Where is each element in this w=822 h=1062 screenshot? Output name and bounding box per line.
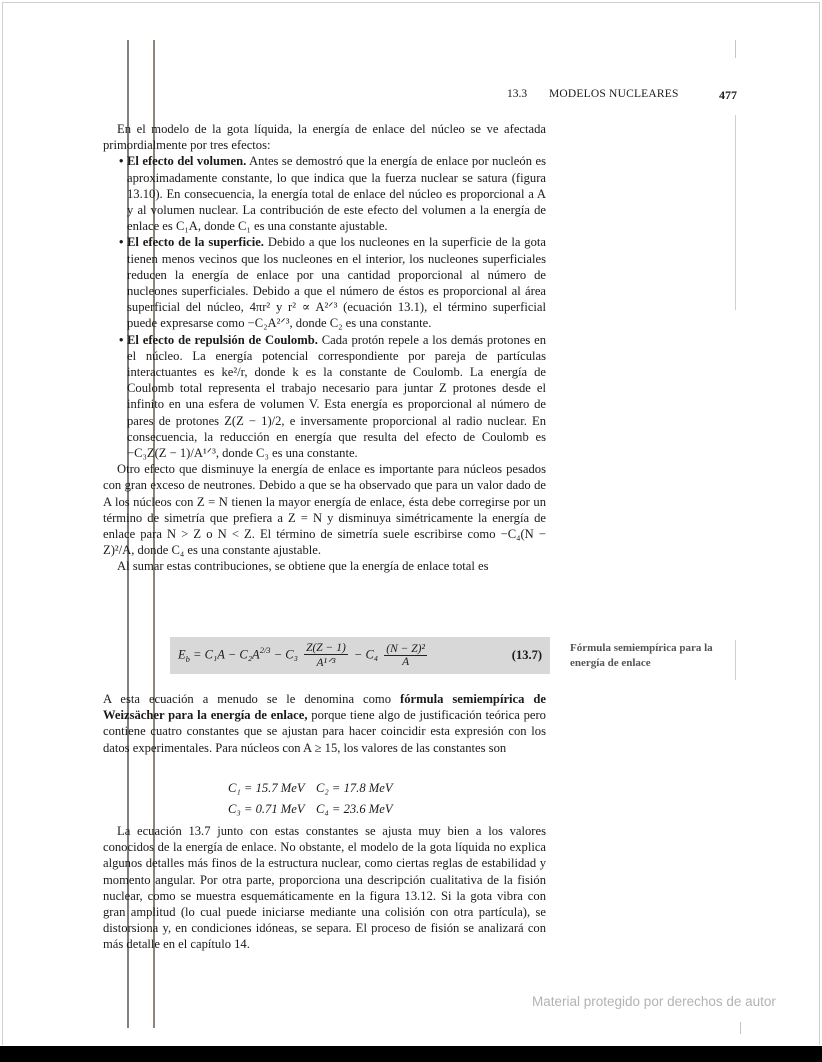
symmetry-paragraph: Otro efecto que disminuye la energía de … <box>103 461 546 558</box>
constant-c4: C₄ = 23.6 MeV <box>316 799 398 820</box>
effects-list: • El efecto del volumen. Antes se demost… <box>103 153 546 461</box>
margin-note: Fórmula semiempírica para la energía de … <box>570 641 740 671</box>
bullet-title: El efecto del volumen. <box>127 154 246 168</box>
eq-lhs-sub: b <box>186 654 190 664</box>
bullet-icon: • <box>119 153 123 169</box>
bullet-text: Cada protón repele a los demás protones … <box>127 333 546 460</box>
page-number: 477 <box>719 88 737 103</box>
bullet-icon: • <box>119 332 123 348</box>
semi-empirical-equation: Eb = C₁A − C₂A2/3 − C₃ Z(Z − 1) A¹ᐟ³ − C… <box>170 642 482 669</box>
constant-c1: C₁ = 15.7 MeV <box>228 778 310 799</box>
eq-term1: = C₁A − C₂A <box>193 647 260 661</box>
constant-c3: C₃ = 0.71 MeV <box>228 799 310 820</box>
constants-table: C₁ = 15.7 MeV C₂ = 17.8 MeV C₃ = 0.71 Me… <box>228 778 398 820</box>
weizsacker-paragraph: A esta ecuación a menudo se le denomina … <box>103 691 546 756</box>
sum-paragraph: Al sumar estas contribuciones, se obtien… <box>103 558 546 574</box>
paragraph-text: A esta ecuación a menudo se le denomina … <box>103 692 400 706</box>
equation-number: (13.7) <box>482 648 550 663</box>
scan-artifact-line <box>735 40 736 58</box>
constants-row: C₁ = 15.7 MeV C₂ = 17.8 MeV <box>228 778 398 799</box>
fraction-denominator: A <box>384 656 427 668</box>
constants-row: C₃ = 0.71 MeV C₄ = 23.6 MeV <box>228 799 398 820</box>
bullet-text: Debido a que los nucleones en la superfi… <box>127 235 546 330</box>
bullet-title: El efecto de la superficie. <box>127 235 264 249</box>
bullet-surface-effect: • El efecto de la superficie. Debido a q… <box>103 234 546 331</box>
bullet-coulomb-effect: • El efecto de repulsión de Coulomb. Cad… <box>103 332 546 462</box>
equation-box: Eb = C₁A − C₂A2/3 − C₃ Z(Z − 1) A¹ᐟ³ − C… <box>170 637 550 674</box>
intro-paragraph: En el modelo de la gota líquida, la ener… <box>103 121 546 153</box>
eq-lhs: E <box>178 647 186 661</box>
bullet-title: El efecto de repulsión de Coulomb. <box>127 333 318 347</box>
running-header: 13.3 MODELOS NUCLEARES 477 <box>507 88 737 103</box>
main-text-middle: A esta ecuación a menudo se le denomina … <box>103 691 546 756</box>
scan-artifact-line <box>735 115 736 310</box>
bottom-black-bar <box>0 1046 822 1062</box>
section-number: 13.3 <box>507 88 549 103</box>
eq-fraction-coulomb: Z(Z − 1) A¹ᐟ³ <box>304 642 348 669</box>
scan-artifact-line <box>740 1022 741 1034</box>
section-title: MODELOS NUCLEARES <box>549 88 719 103</box>
bullet-icon: • <box>119 234 123 250</box>
eq-c3: − C₃ <box>274 647 298 661</box>
fraction-numerator: (N − Z)² <box>384 643 427 656</box>
main-text-lower: La ecuación 13.7 junto con estas constan… <box>103 823 546 953</box>
eq-fraction-symmetry: (N − Z)² A <box>384 643 427 668</box>
final-paragraph: La ecuación 13.7 junto con estas constan… <box>103 823 546 953</box>
constant-c2: C₂ = 17.8 MeV <box>316 778 398 799</box>
copyright-watermark: Material protegido por derechos de autor <box>532 994 776 1009</box>
main-text-upper: En el modelo de la gota líquida, la ener… <box>103 121 546 575</box>
eq-c4: − C₄ <box>354 647 378 661</box>
fraction-denominator: A¹ᐟ³ <box>304 655 348 669</box>
fraction-numerator: Z(Z − 1) <box>304 642 348 655</box>
bullet-volume-effect: • El efecto del volumen. Antes se demost… <box>103 153 546 234</box>
eq-term1-sup: 2/3 <box>260 645 271 655</box>
